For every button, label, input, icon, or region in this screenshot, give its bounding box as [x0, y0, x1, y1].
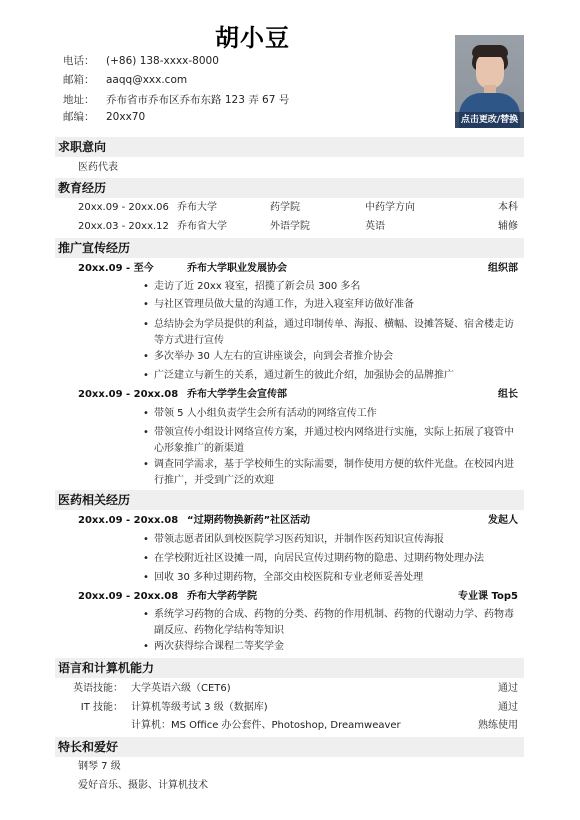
exp-period: 20xx.09 - 20xx.08 [78, 590, 178, 604]
exp-bullet: 在学校附近社区设摊一周，向居民宣传过期药物的隐患、过期药物处理办法 [154, 551, 518, 567]
skill-value: 计算机：MS Office 办公套件、Photoshop, Dreamweave… [131, 719, 401, 733]
edu-major: 中药学方向 [365, 201, 415, 215]
skill-label: 英语技能： [60, 682, 123, 696]
section-title: 特长和爱好 [58, 739, 118, 755]
section-promotion-header: 推广宣传经历 [55, 238, 524, 258]
skill-status: 熟练使用 [440, 719, 518, 733]
section-objective-header: 求职意向 [55, 137, 524, 157]
edu-college: 外语学院 [270, 220, 310, 234]
skill-status: 通过 [440, 701, 518, 715]
change-photo-button[interactable]: 点击更改/替换 [455, 112, 524, 128]
exp-bullet: 多次举办 30 人左右的宣讲座谈会，向到会者推介协会 [154, 349, 518, 365]
contact-email: 邮箱：aaqq@xxx.com [63, 72, 187, 88]
photo-face [476, 53, 504, 89]
zipcode-label: 邮编： [63, 109, 106, 125]
exp-bullet: 走访了近 20xx 寝室，招揽了新会员 300 多名 [154, 279, 518, 295]
exp-bullet: 带领 5 人小组负责学生会所有活动的网络宣传工作 [154, 406, 518, 422]
skill-value: 计算机等级考试 3 级（数据库) [131, 701, 268, 715]
exp-bullet: 总结协会为学员提供的利益，通过印制传单、海报、横幅、设摊答疑、宿舍楼走访等方式进… [154, 317, 518, 349]
email-value: aaqq@xxx.com [106, 74, 187, 86]
exp-role: 组长 [420, 388, 518, 402]
exp-org: 乔布大学药学院 [187, 590, 257, 604]
edu-degree: 本科 [470, 201, 518, 215]
exp-org: “过期药物换新药”社区活动 [187, 514, 310, 528]
section-title: 医药相关经历 [58, 492, 130, 508]
exp-bullet: 广泛建立与新生的关系，通过新生的彼此介绍，加强协会的品牌推广 [154, 368, 518, 384]
section-title: 求职意向 [58, 139, 106, 155]
edu-degree: 辅修 [470, 220, 518, 234]
skill-value: 大学英语六级（CET6) [131, 682, 231, 696]
zipcode-value: 20xx70 [106, 111, 145, 123]
exp-org: 乔布大学学生会宣传部 [187, 388, 287, 402]
exp-bullet: 回收 30 多种过期药物，全部交由校医院和专业老师妥善处理 [154, 570, 518, 586]
edu-period: 20xx.09 - 20xx.06 [78, 201, 169, 215]
edu-school: 乔布大学 [177, 201, 217, 215]
skill-label: IT 技能： [60, 701, 123, 715]
edu-period: 20xx.03 - 20xx.12 [78, 220, 169, 234]
contact-zipcode: 邮编：20xx70 [63, 109, 145, 125]
candidate-name: 胡小豆 [0, 18, 505, 53]
exp-org: 乔布大学职业发展协会 [187, 262, 287, 276]
contact-address: 地址：乔布省市乔布区乔布东路 123 弄 67 号 [63, 92, 289, 108]
exp-role: 发起人 [420, 514, 518, 528]
section-hobbies-header: 特长和爱好 [55, 737, 524, 757]
exp-role: 专业课 Top5 [420, 590, 518, 604]
exp-period: 20xx.09 - 20xx.08 [78, 388, 178, 402]
section-title: 推广宣传经历 [58, 240, 130, 256]
exp-period: 20xx.09 - 20xx.08 [78, 514, 178, 528]
exp-role: 组织部 [420, 262, 518, 276]
exp-bullet: 两次获得综合课程二等奖学金 [154, 639, 518, 655]
section-title: 教育经历 [58, 180, 106, 196]
hobby-item: 爱好音乐、摄影、计算机技术 [78, 779, 208, 793]
exp-period: 20xx.09 - 至今 [78, 262, 154, 276]
section-skills-header: 语言和计算机能力 [55, 658, 524, 678]
address-label: 地址： [63, 92, 106, 108]
section-title: 语言和计算机能力 [58, 660, 154, 676]
section-education-header: 教育经历 [55, 178, 524, 198]
contact-phone: 电话：(+86) 138-xxxx-8000 [63, 53, 219, 69]
exp-bullet: 系统学习药物的合成、药物的分类、药物的作用机制、药物的代谢动力学、药物毒副反应、… [154, 607, 518, 639]
exp-bullet: 调查同学需求，基于学校师生的实际需要，制作使用方便的软件光盘。在校园内进行推广，… [154, 457, 518, 489]
edu-college: 药学院 [270, 201, 300, 215]
photo-hair [472, 45, 508, 57]
address-value: 乔布省市乔布区乔布东路 123 弄 67 号 [106, 94, 289, 106]
objective-content: 医药代表 [78, 161, 118, 175]
phone-label: 电话： [63, 53, 106, 69]
phone-value: (+86) 138-xxxx-8000 [106, 55, 219, 67]
exp-bullet: 与社区管理员做大量的沟通工作，为进入寝室拜访做好准备 [154, 297, 518, 313]
email-label: 邮箱： [63, 72, 106, 88]
section-medical-header: 医药相关经历 [55, 490, 524, 510]
exp-bullet: 带领宣传小组设计网络宣传方案，并通过校内网络进行实施，实际上拓展了寝管中心形象推… [154, 425, 518, 457]
exp-bullet: 带领志愿者团队到校医院学习医药知识，并制作医药知识宣传海报 [154, 532, 518, 548]
edu-major: 英语 [365, 220, 385, 234]
hobby-item: 钢琴 7 级 [78, 760, 121, 774]
edu-school: 乔布省大学 [177, 220, 227, 234]
skill-status: 通过 [440, 682, 518, 696]
profile-photo[interactable]: 点击更改/替换 [455, 35, 524, 128]
